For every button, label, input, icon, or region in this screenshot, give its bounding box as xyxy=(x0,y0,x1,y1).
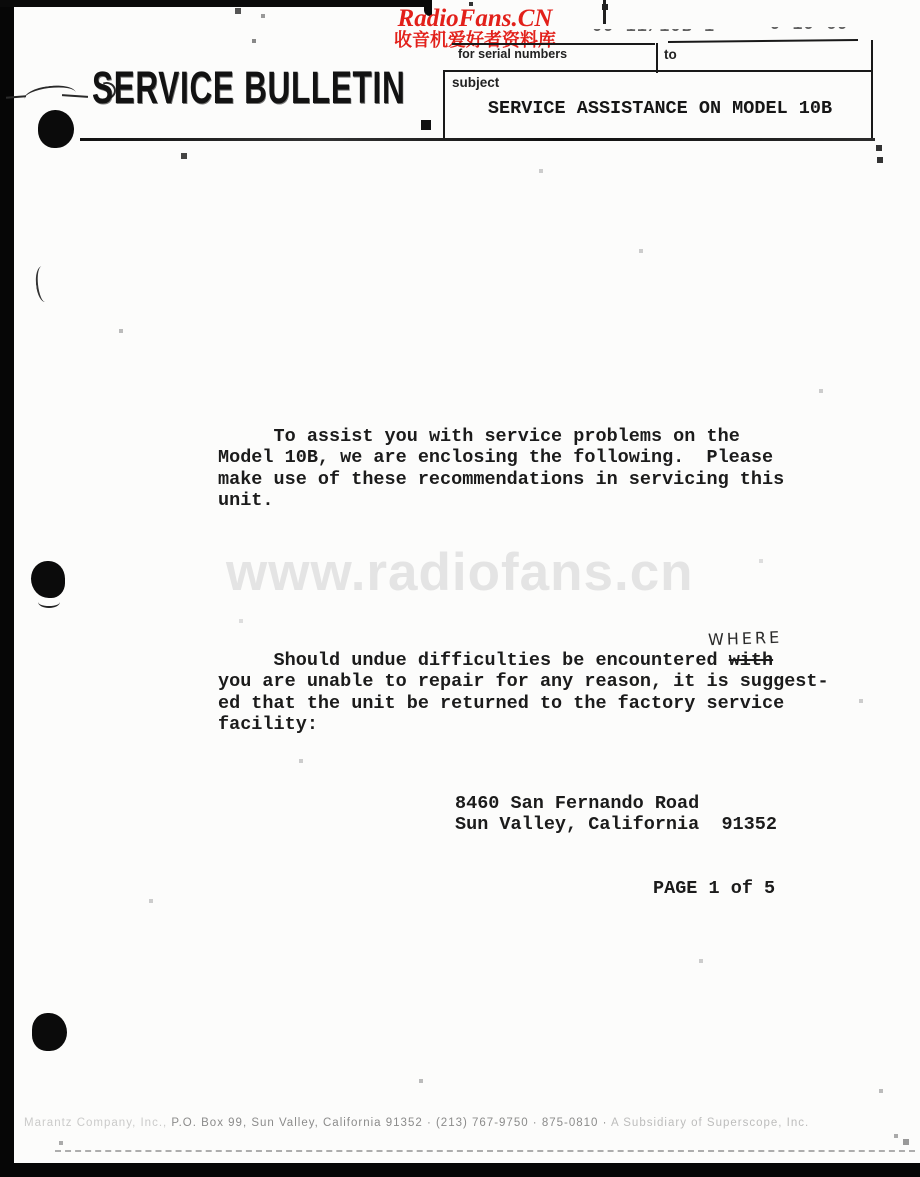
pen-dash xyxy=(6,95,26,98)
serial-numbers-label: for serial numbers xyxy=(458,47,567,61)
serial-number-value: 09-11/10B-1 xyxy=(592,29,722,42)
footer-company-name: Marantz Company, Inc., xyxy=(24,1117,171,1129)
hole-punch-top xyxy=(38,110,74,148)
struck-word: with xyxy=(729,650,773,671)
footer-subsidiary: A Subsidiary of Superscope, Inc. xyxy=(611,1117,809,1129)
footer-address: P.O. Box 99, Sun Valley, California 9135… xyxy=(171,1117,611,1129)
page-number: PAGE 1 of 5 xyxy=(653,878,775,899)
subject-value: SERVICE ASSISTANCE ON MODEL 10B xyxy=(447,98,873,119)
subject-box-left-border xyxy=(443,70,445,140)
factory-address: 8460 San Fernando Road Sun Valley, Calif… xyxy=(455,793,777,836)
scan-edge-top xyxy=(0,0,432,7)
serial-field-underline xyxy=(452,43,655,45)
hole-punch-bottom xyxy=(32,1013,67,1051)
to-label: to xyxy=(664,47,677,62)
pen-paren-mark xyxy=(34,265,56,303)
subject-label: subject xyxy=(452,75,499,90)
paragraph-2-text: Should undue difficulties be encountered xyxy=(218,650,729,671)
center-watermark: www.radiofans.cn xyxy=(226,542,694,603)
paragraph-2-text: you are unable to repair for any reason,… xyxy=(218,671,829,735)
form-right-border xyxy=(871,40,873,140)
scan-edge-bottom xyxy=(0,1163,920,1177)
footer-rule xyxy=(55,1150,915,1152)
scan-edge-left xyxy=(0,0,14,1177)
footer-company-line: Marantz Company, Inc., P.O. Box 99, Sun … xyxy=(24,1117,914,1129)
header-bottom-rule xyxy=(80,138,875,141)
date-value: 9-19-69 xyxy=(770,27,870,40)
handwritten-correction: WHERE xyxy=(708,628,783,650)
paragraph-2: Should undue difficulties be encountered… xyxy=(218,650,878,736)
bulletin-title: SERVICE BULLETIN xyxy=(92,62,405,114)
hole-punch-middle xyxy=(31,561,65,598)
paragraph-1: To assist you with service problems on t… xyxy=(218,426,858,512)
scanned-service-bulletin-page: RadioFans.CN 收音机爱好者资料库 SERVICE BULLETIN … xyxy=(0,0,920,1177)
field-divider-line xyxy=(656,43,658,73)
site-watermark-latin: RadioFans.CN xyxy=(394,6,556,32)
subject-box-top-border xyxy=(443,70,873,72)
scan-artifact xyxy=(38,596,60,608)
scan-specks xyxy=(0,0,2,2)
scan-artifact xyxy=(603,0,606,24)
